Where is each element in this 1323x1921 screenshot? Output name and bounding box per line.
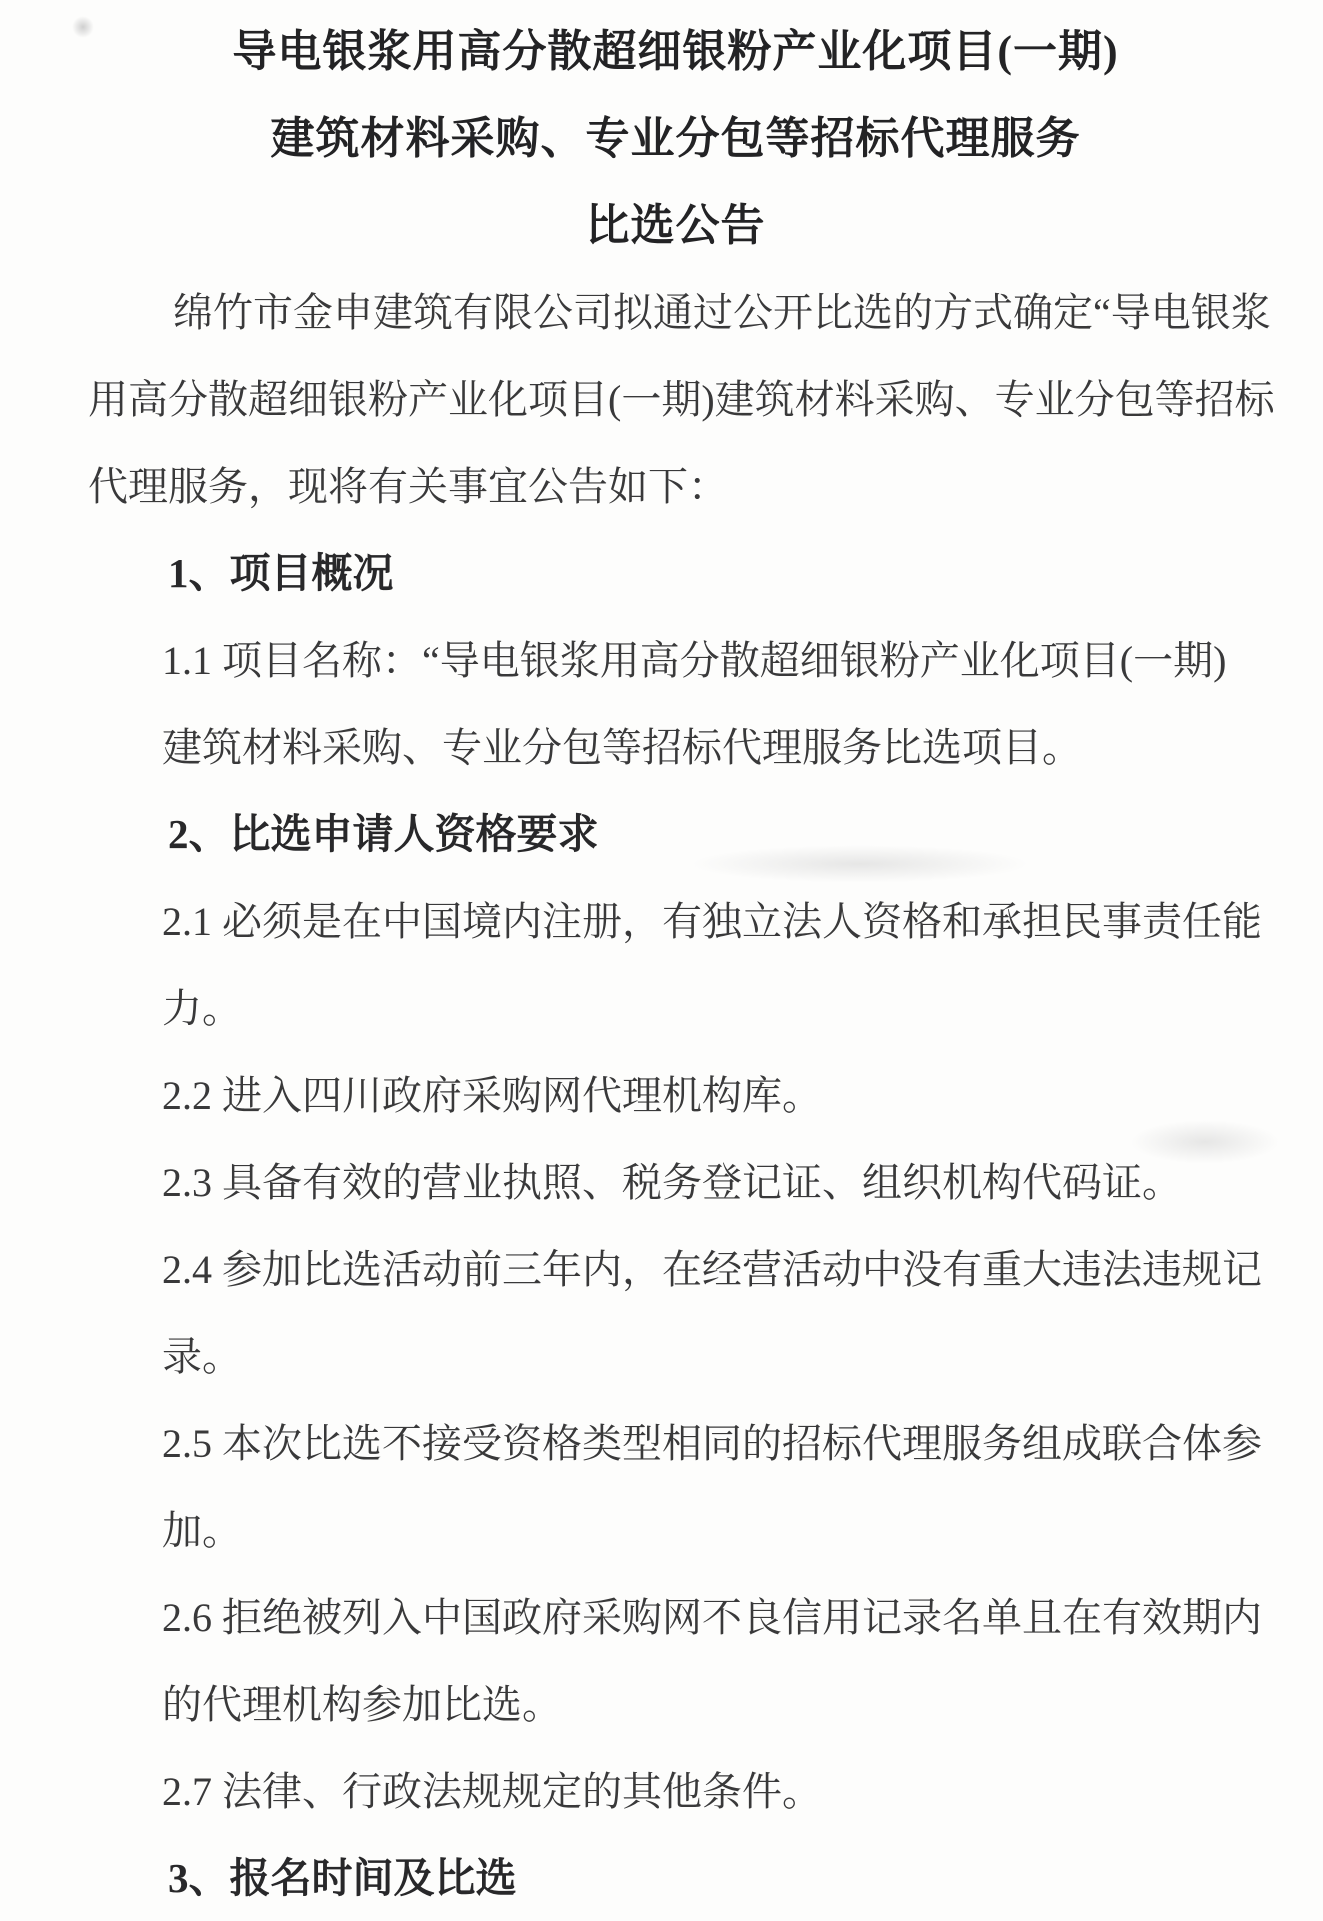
item-2-1-line-1: 2.1 必须是在中国境内注册，有独立法人资格和承担民事责任能 — [88, 878, 1263, 965]
item-2-4-line-2: 录。 — [88, 1313, 1263, 1400]
item-1-1-line-1: 1.1 项目名称：“导电银浆用高分散超细银粉产业化项目(一期) — [88, 617, 1263, 704]
intro-paragraph-line-1: 绵竹市金申建筑有限公司拟通过公开比选的方式确定“导电银浆 — [88, 269, 1263, 356]
intro-paragraph-line-3: 代理服务，现将有关事宜公告如下： — [88, 443, 1263, 530]
section-3-heading: 3、报名时间及比选 — [88, 1835, 1263, 1921]
document-page: 导电银浆用高分散超细银粉产业化项目(一期) 建筑材料采购、专业分包等招标代理服务… — [0, 0, 1323, 1921]
item-2-5-line-1: 2.5 本次比选不接受资格类型相同的招标代理服务组成联合体参 — [88, 1400, 1263, 1487]
section-1-heading: 1、项目概况 — [88, 530, 1263, 617]
item-2-6-line-1: 2.6 拒绝被列入中国政府采购网不良信用记录名单且在有效期内 — [88, 1574, 1263, 1661]
section-2-heading: 2、比选申请人资格要求 — [88, 791, 1263, 878]
item-1-1-line-2: 建筑材料采购、专业分包等招标代理服务比选项目。 — [88, 704, 1263, 791]
doc-title-line-3: 比选公告 — [88, 182, 1263, 269]
item-2-6-line-2: 的代理机构参加比选。 — [88, 1661, 1263, 1748]
intro-paragraph-line-2: 用高分散超细银粉产业化项目(一期)建筑材料采购、专业分包等招标 — [88, 356, 1263, 443]
item-2-7: 2.7 法律、行政法规规定的其他条件。 — [88, 1748, 1263, 1835]
item-2-5-line-2: 加。 — [88, 1487, 1263, 1574]
item-2-3: 2.3 具备有效的营业执照、税务登记证、组织机构代码证。 — [88, 1139, 1263, 1226]
doc-title-line-2: 建筑材料采购、专业分包等招标代理服务 — [88, 95, 1263, 182]
item-2-1-line-2: 力。 — [88, 965, 1263, 1052]
item-2-4-line-1: 2.4 参加比选活动前三年内，在经营活动中没有重大违法违规记 — [88, 1226, 1263, 1313]
doc-title-line-1: 导电银浆用高分散超细银粉产业化项目(一期) — [88, 8, 1263, 95]
item-2-2: 2.2 进入四川政府采购网代理机构库。 — [88, 1052, 1263, 1139]
